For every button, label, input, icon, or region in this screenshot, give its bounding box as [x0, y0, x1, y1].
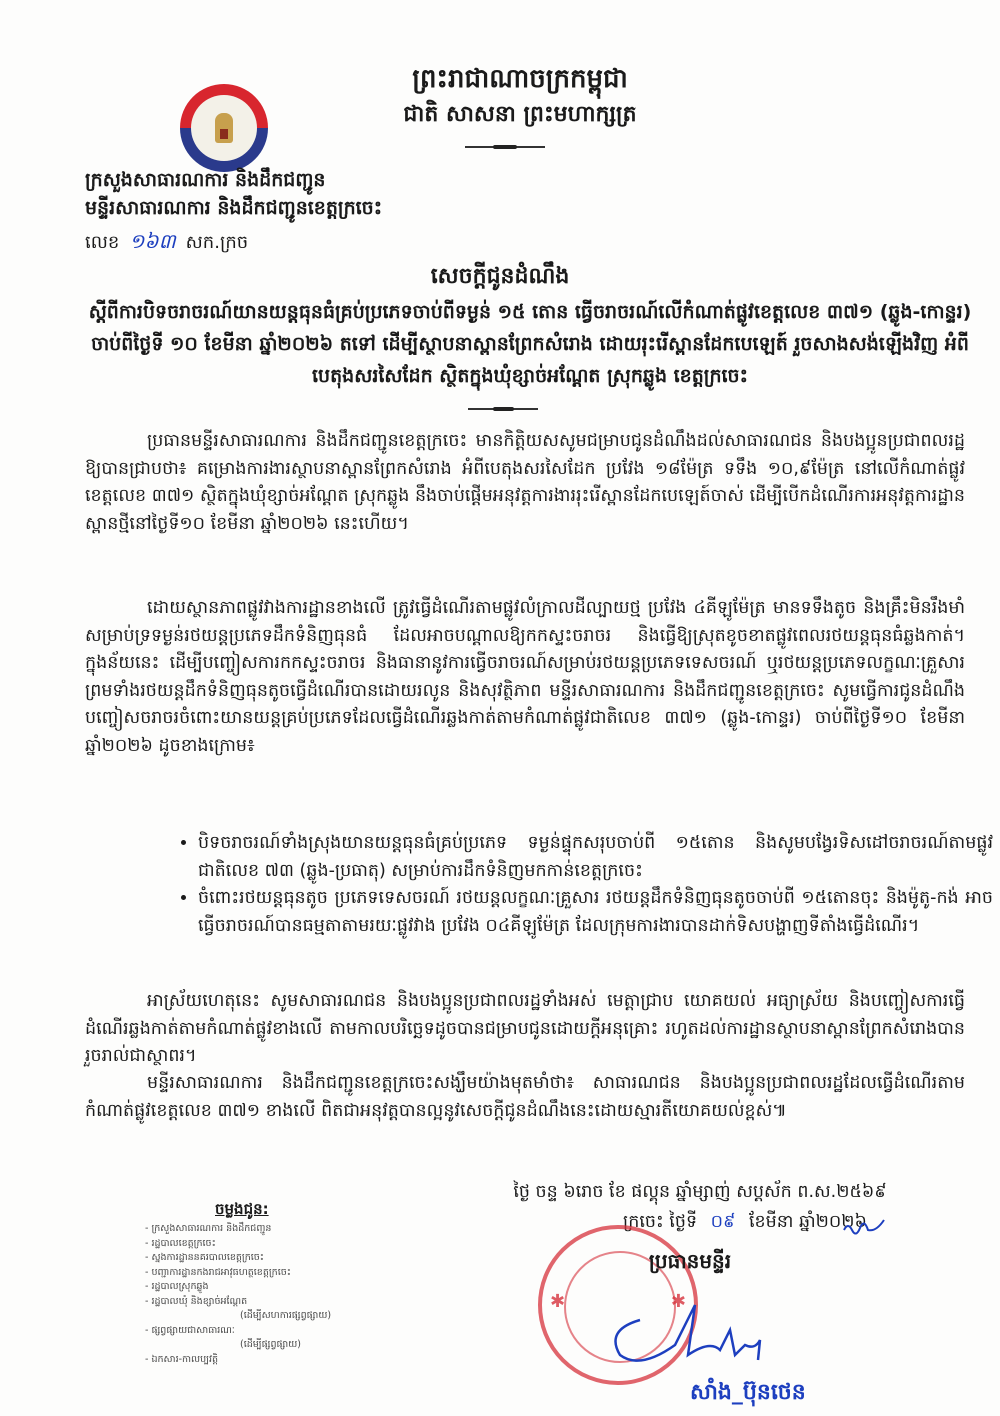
- reference-number: លេខ១៦៣សក.ក្រច: [85, 228, 248, 258]
- national-motto: ជាតិ សាសនា ព្រះមហាក្សត្រ: [340, 100, 700, 132]
- initial-scribble-icon: [842, 1218, 886, 1236]
- ornament-divider: [465, 146, 545, 148]
- notice-subject: ស្តីពីការបិទចរាចរណ៍យានយន្តធុនធំគ្រប់ប្រភ…: [85, 296, 975, 392]
- ref-label: លេខ: [85, 232, 119, 253]
- logo-emblem: [191, 95, 257, 161]
- paragraph-request: អាស្រ័យហេតុនេះ សូមសាធារណជន និងបងប្អូនប្រ…: [85, 988, 965, 1071]
- cc-item: - ស្នងការដ្ឋាននគរបាលខេត្តក្រចេះ: [145, 1251, 331, 1266]
- date-day-handwritten: ០៩: [711, 1212, 736, 1232]
- cc-item: - បញ្ជាការដ្ឋានកងរាជអាវុធហត្ថខេត្តក្រចេះ: [145, 1266, 331, 1281]
- cc-item: - ក្រសួងសាធារណការ និងដឹកជញ្ជូន: [145, 1222, 331, 1237]
- paragraph-detour: ដោយស្ថានភាពផ្លូវវាងការដ្ឋានខាងលើ ត្រូវធ្…: [85, 595, 965, 760]
- cc-title: ចម្លងជូន:: [215, 1200, 269, 1222]
- ref-suffix: សក.ក្រច: [186, 232, 249, 253]
- cc-item: - ឯកសារ-កាលប្បវត្តិ: [145, 1353, 331, 1368]
- stamp-star-icon: ✱: [550, 1291, 565, 1312]
- measures-list: បិទចរាចរណ៍ទាំងស្រុងយានយន្តធុនធំគ្រប់ប្រភ…: [170, 830, 993, 940]
- paragraph-closing: មន្ទីរសាធារណការ និងដឹកជញ្ជូនខេត្តក្រចេះស…: [85, 1070, 965, 1125]
- kingdom-heading: ព្រះរាជាណាចក្រកម្ពុជា: [340, 62, 700, 100]
- signature-icon: [600, 1300, 780, 1370]
- subject-divider: [468, 408, 538, 410]
- document-page: ព្រះរាជាណាចក្រកម្ពុជា ជាតិ សាសនា ព្រះមហា…: [0, 0, 1000, 1416]
- cc-list: - ក្រសួងសាធារណការ និងដឹកជញ្ជូន - រដ្ឋបាល…: [145, 1222, 331, 1367]
- cc-item: - រដ្ឋបាលឃុំ និងខ្សាច់អណ្តែត: [145, 1295, 331, 1310]
- cc-item: - រដ្ឋបាលស្រុកឆ្លូង: [145, 1280, 331, 1295]
- notice-title: សេចក្តីជូនដំណឹង: [0, 262, 1000, 294]
- cc-item-note: (ដើម្បីផ្សព្វផ្សាយ): [145, 1338, 331, 1353]
- ref-number-handwritten: ១៦៣: [129, 229, 175, 253]
- list-item: បិទចរាចរណ៍ទាំងស្រុងយានយន្តធុនធំគ្រប់ប្រភ…: [198, 830, 993, 885]
- ministry-name: ក្រសួងសាធារណការ និងដឹកជញ្ជូន: [85, 168, 326, 196]
- signer-title: ប្រធានមន្ទីរ: [560, 1248, 820, 1278]
- cc-item-note: (ដើម្បីសហការផ្សព្វផ្សាយ): [145, 1309, 331, 1324]
- cc-item: - រដ្ឋបាលខេត្តក្រចេះ: [145, 1237, 331, 1252]
- list-item: ចំពោះរថយន្តធុនតូច ប្រភេទទេសចរណ៍ រថយន្តលក…: [198, 885, 993, 940]
- ministry-logo: [180, 84, 268, 172]
- paragraph-intro: ប្រធានមន្ទីរសាធារណការ និងដឹកជញ្ជូនខេត្តក…: [85, 428, 965, 538]
- cc-item: - ផ្សព្វផ្សាយជាសាធារណៈ: [145, 1324, 331, 1339]
- lunar-date: ថ្ងៃ ចន្ទ ៦រោច ខែ ផល្គុន ឆ្នាំម្សាញ់ សប្…: [470, 1180, 930, 1206]
- logo-figure-icon: [215, 113, 233, 143]
- signer-name: សាំង_ប៊ុនថេន: [690, 1378, 806, 1410]
- department-name: មន្ទីរសាធារណការ និងដឹកជញ្ជូនខេត្តក្រចេះ: [85, 196, 382, 224]
